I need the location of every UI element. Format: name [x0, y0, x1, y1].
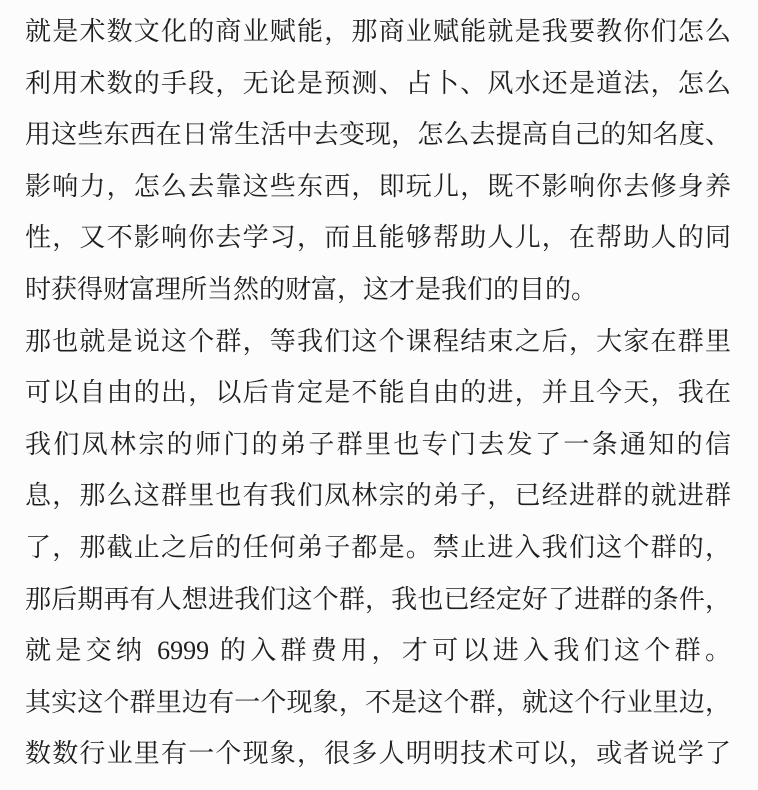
- text-line: 利用术数的手段，无论是预测、占卜、风水还是道法，怎么: [25, 58, 731, 110]
- text-line: 性，又不影响你去学习，而且能够帮助人儿，在帮助人的同: [25, 212, 731, 264]
- text-line: 其实这个群里边有一个现象，不是这个群，就这个行业里边，: [25, 677, 731, 729]
- text-block: 就是术数文化的商业赋能，那商业赋能就是我要教你们怎么 利用术数的手段，无论是预测…: [0, 0, 758, 780]
- text-line: 数数行业里有一个现象，很多人明明技术可以，或者说学了: [25, 728, 731, 780]
- text-line: 就是术数文化的商业赋能，那商业赋能就是我要教你们怎么: [25, 6, 731, 58]
- text-line: 就是交纳 6999 的入群费用，才可以进入我们这个群。: [25, 625, 731, 677]
- text-line: 可以自由的出，以后肯定是不能自由的进，并且今天，我在: [25, 367, 731, 419]
- document-page: 就是术数文化的商业赋能，那商业赋能就是我要教你们怎么 利用术数的手段，无论是预测…: [0, 0, 758, 790]
- text-line: 那也就是说这个群，等我们这个课程结束之后，大家在群里: [25, 316, 731, 368]
- text-line: 息，那么这群里也有我们凤林宗的弟子，已经进群的就进群: [25, 470, 731, 522]
- text-line: 用这些东西在日常生活中去变现，怎么去提高自己的知名度、: [25, 109, 731, 161]
- text-line: 那后期再有人想进我们这个群，我也已经定好了进群的条件，: [25, 574, 731, 626]
- text-line: 影响力，怎么去靠这些东西，即玩儿，既不影响你去修身养: [25, 161, 731, 213]
- text-line: 时获得财富理所当然的财富，这才是我们的目的。: [25, 264, 731, 316]
- text-line: 我们凤林宗的师门的弟子群里也专门去发了一条通知的信: [25, 419, 731, 471]
- text-line: 了，那截止之后的任何弟子都是。禁止进入我们这个群的，: [25, 522, 731, 574]
